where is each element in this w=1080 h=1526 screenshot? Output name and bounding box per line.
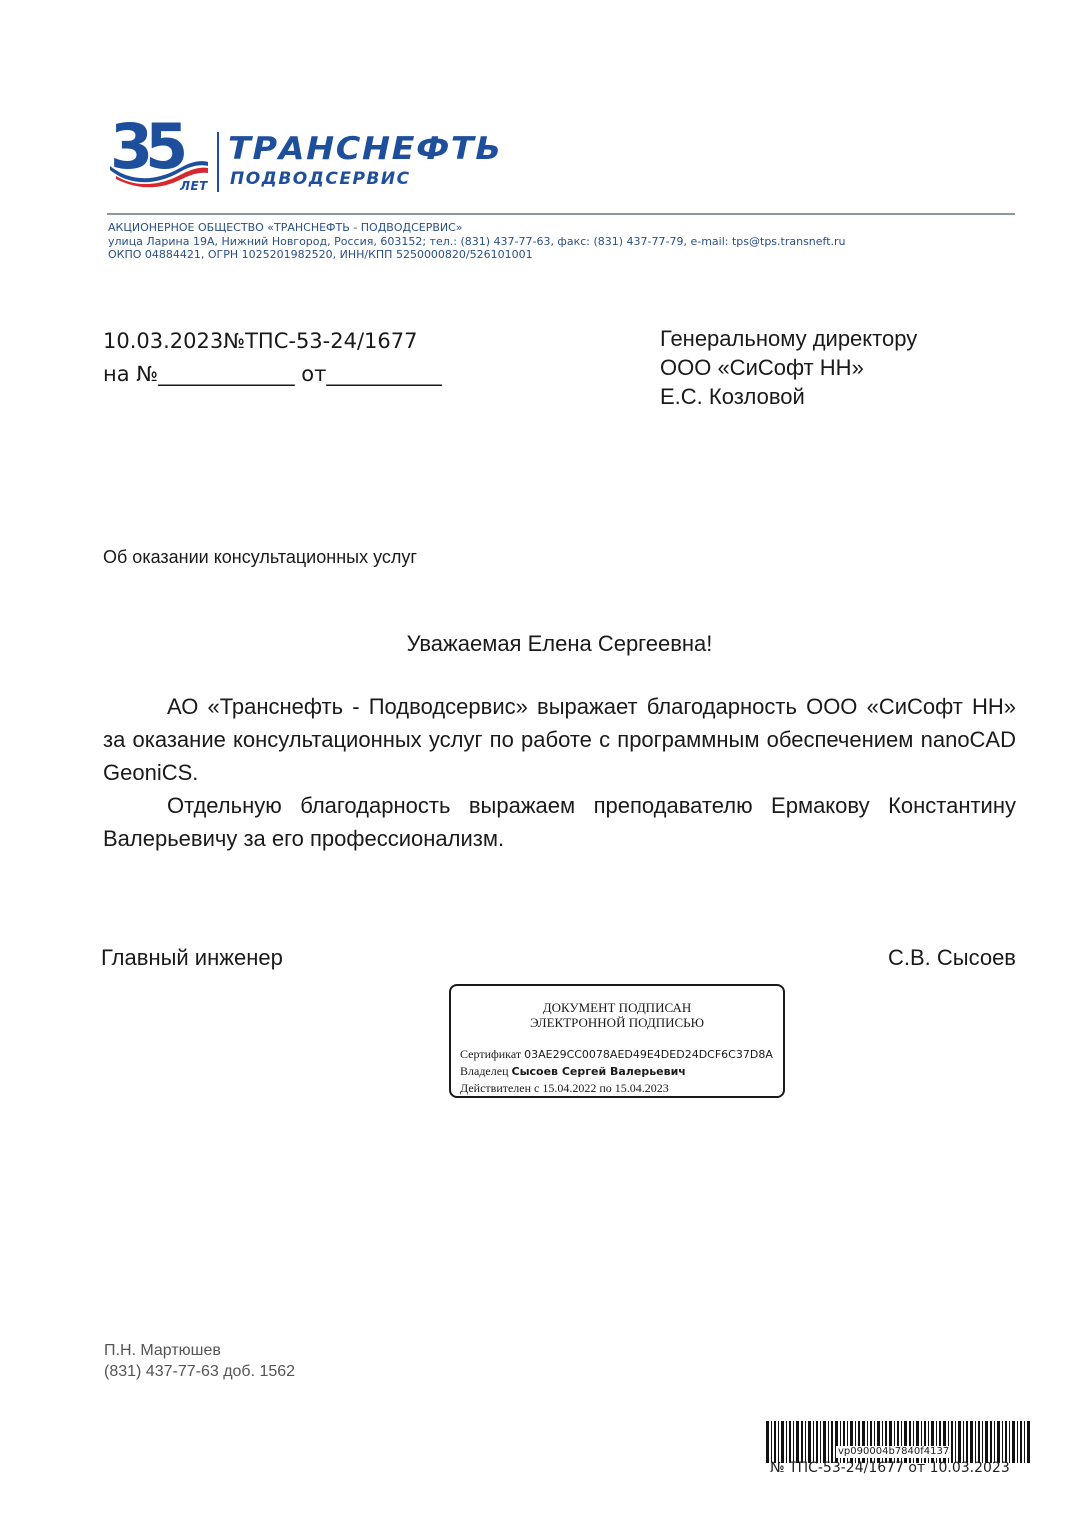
stamp-owner: Владелец Сысоев Сергей Валерьевич [460,1063,773,1080]
salutation: Уважаемая Елена Сергеевна! [103,631,1016,657]
company-full-name: АКЦИОНЕРНОЕ ОБЩЕСТВО «ТРАНСНЕФТЬ - ПОДВО… [108,221,846,235]
company-details: АКЦИОНЕРНОЕ ОБЩЕСТВО «ТРАНСНЕФТЬ - ПОДВО… [108,221,846,262]
body-paragraph: Отдельную благодарность выражаем препода… [103,789,1016,855]
owner-label: Владелец [460,1064,509,1078]
executor-block: П.Н. Мартюшев (831) 437-77-63 доб. 1562 [104,1340,295,1382]
stamp-certificate: Сертификат 03AE29CC0078AED49E4DED24DCF6C… [460,1046,773,1063]
barcode-code: vp090004b7840f4137 [836,1446,951,1458]
e-signature-stamp: ДОКУМЕНТ ПОДПИСАН ЭЛЕКТРОННОЙ ПОДПИСЬЮ С… [449,984,785,1098]
letter-subject: Об оказании консультационных услуг [103,547,417,568]
anniversary-label: ЛЕТ [180,179,208,193]
letterhead-divider [107,213,1015,215]
addressee-position: Генеральному директору [660,324,917,353]
stamp-title: ДОКУМЕНТ ПОДПИСАН ЭЛЕКТРОННОЙ ПОДПИСЬЮ [451,1000,783,1030]
stamp-validity: Действителен с 15.04.2022 по 15.04.2023 [460,1080,773,1096]
reference-block: 10.03.2023№ТПС-53-24/1677 на №__________… [103,325,442,391]
executor-name: П.Н. Мартюшев [104,1340,295,1361]
executor-phone: (831) 437-77-63 доб. 1562 [104,1361,295,1382]
company-logo: 35 ЛЕТ ТРАНСНЕФТЬ ПОДВОДСЕРВИС [110,122,540,200]
brand-name: ТРАНСНЕФТЬ [228,132,503,166]
signatory-name: С.В. Сысоев [888,945,1016,971]
signatory-position: Главный инженер [101,945,283,971]
body-paragraph: АО «Транснефть - Подводсервис» выражает … [103,690,1016,789]
owner-value: Сысоев Сергей Валерьевич [512,1065,686,1078]
stamp-title-line: ДОКУМЕНТ ПОДПИСАН [451,1000,783,1015]
incoming-reference: на №_____________ от___________ [103,358,442,391]
certificate-value: 03AE29CC0078AED49E4DED24DCF6C37D8A [524,1048,773,1061]
addressee-company: ООО «СиСофт НН» [660,353,917,382]
brand-subtitle: ПОДВОДСЕРВИС [230,169,411,189]
barcode: vp090004b7840f4137 [766,1421,1032,1463]
stamp-details: Сертификат 03AE29CC0078AED49E4DED24DCF6C… [460,1046,773,1096]
company-address: улица Ларина 19А, Нижний Новгород, Росси… [108,235,846,249]
addressee-block: Генеральному директору ООО «СиСофт НН» Е… [660,324,917,411]
stamp-title-line: ЭЛЕКТРОННОЙ ПОДПИСЬЮ [451,1015,783,1030]
logo-divider [217,132,219,192]
certificate-label: Сертификат [460,1047,521,1061]
letter-body: АО «Транснефть - Подводсервис» выражает … [103,690,1016,855]
outgoing-number: 10.03.2023№ТПС-53-24/1677 [103,325,442,358]
barcode-caption: № ТПС-53-24/1677 от 10.03.2023 [770,1460,1010,1476]
company-registry: ОКПО 04884421, ОГРН 1025201982520, ИНН/К… [108,248,846,262]
addressee-name: Е.С. Козловой [660,382,917,411]
